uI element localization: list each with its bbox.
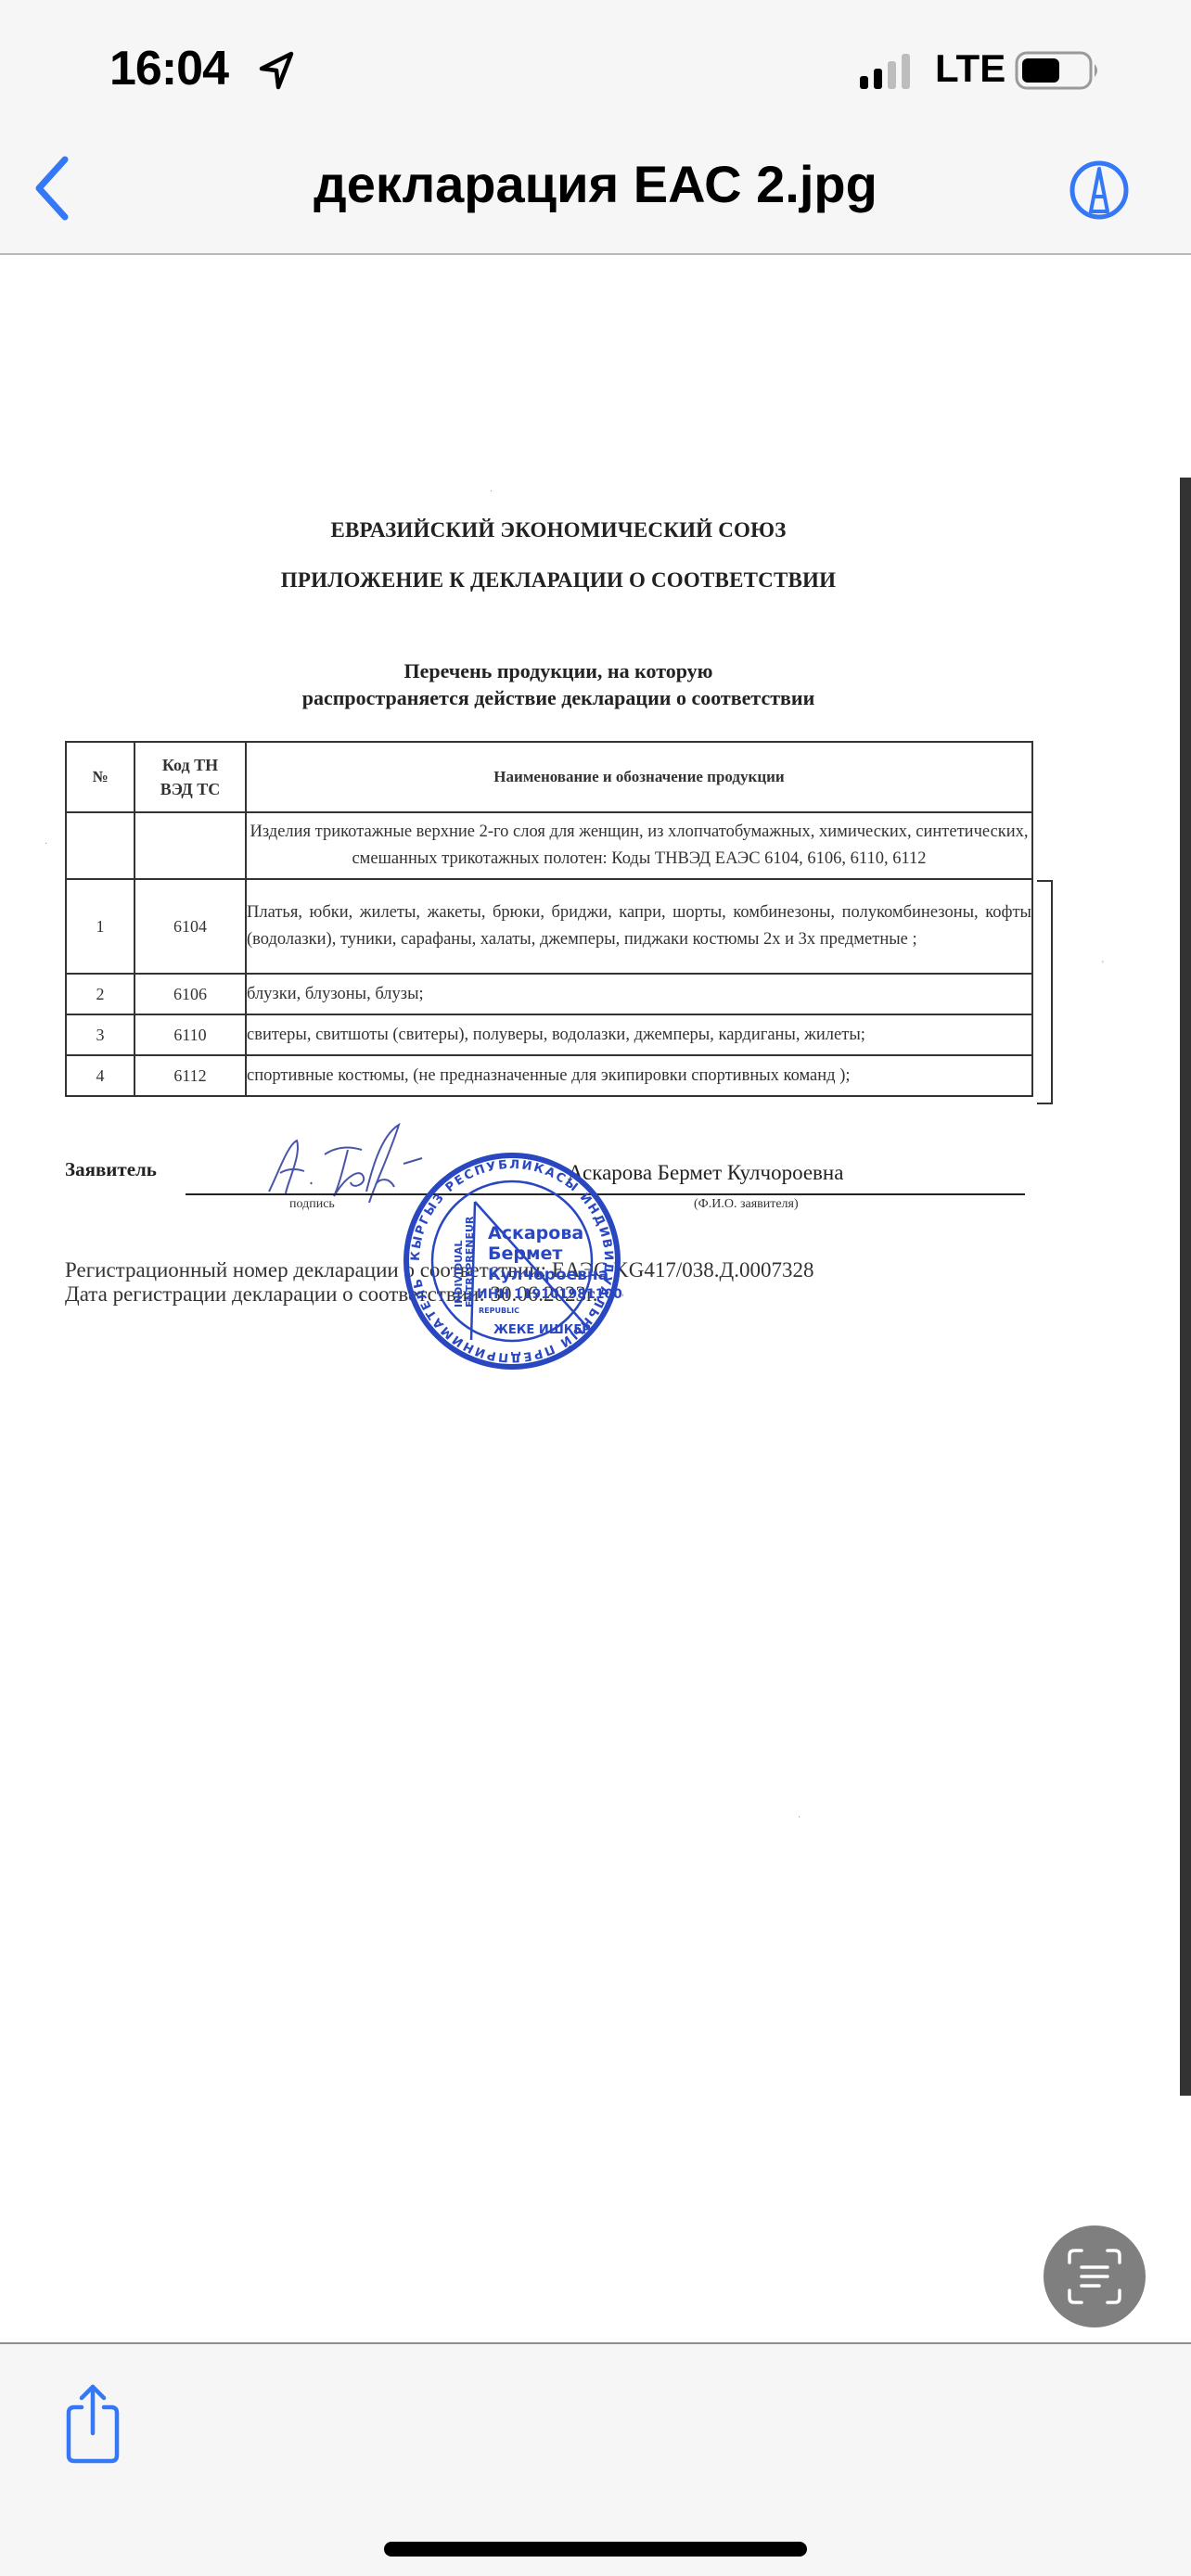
doc-heading-union: ЕВРАЗИЙСКИЙ ЭКОНОМИЧЕСКИЙ СОЮЗ [0, 518, 1117, 542]
image-viewer[interactable]: · · ' · ЕВРАЗИЙСКИЙ ЭКОНОМИЧЕСКИЙ СОЮЗ П… [0, 255, 1191, 2341]
declaration-document: · · ' · ЕВРАЗИЙСКИЙ ЭКОНОМИЧЕСКИЙ СОЮЗ П… [0, 255, 1191, 2341]
company-stamp: КЫРГЫЗ РЕСПУБЛИКАСЫ ИНДИВИДУАЛЬНЫЙ ПРЕДП… [401, 1150, 623, 1372]
row-code: 6110 [134, 1014, 246, 1055]
table-row: 1 6104 Платья, юбки, жилеты, жакеты, брю… [66, 879, 1032, 974]
page-edge-shadow [1180, 478, 1191, 2096]
row-code: 6112 [134, 1055, 246, 1096]
row-num: 4 [66, 1055, 134, 1096]
header-name: Наименование и обозначение продукции [246, 742, 1032, 812]
intro-description: Изделия трикотажные верхние 2-го слоя дл… [246, 812, 1032, 879]
table-row: 3 6110 свитеры, свитшоты (свитеры), полу… [66, 1014, 1032, 1055]
doc-subheading-2: распространяется действие декларации о с… [0, 684, 1117, 711]
stamp-republic: REPUBLIC [479, 1307, 519, 1315]
table-row: 2 6106 блузки, блузоны, блузы; [66, 974, 1032, 1014]
bottom-toolbar [0, 2342, 1191, 2576]
row-num: 2 [66, 974, 134, 1014]
stamp-inn: ИНН 11910198110042 [477, 1287, 623, 1302]
home-indicator [384, 2542, 807, 2557]
table-row: 4 6112 спортивные костюмы, (не предназна… [66, 1055, 1032, 1096]
status-time: 16:04 [109, 41, 228, 96]
stamp-name-3: Кулчороевна [488, 1266, 608, 1284]
markup-button[interactable] [1069, 158, 1130, 223]
share-button[interactable] [59, 2381, 126, 2465]
stamp-name-1: Аскарова [488, 1223, 583, 1243]
table-header-row: № Код ТН ВЭД ТС Наименование и обозначен… [66, 742, 1032, 812]
scan-speck: · [798, 1813, 800, 1823]
intro-num-cell [66, 812, 134, 879]
location-arrow-icon [258, 50, 295, 91]
table-scan-border [1037, 880, 1053, 1104]
network-type: LTE [935, 46, 1005, 91]
doc-subheading-1: Перечень продукции, на которую [0, 657, 1117, 684]
page-title: декларация ЕАС 2.jpg [0, 154, 1191, 214]
row-name: свитеры, свитшоты (свитеры), полуверы, в… [246, 1014, 1032, 1055]
stamp-bottom-text: ЖЕКЕ ИШКЕР [493, 1323, 591, 1337]
header-code-line2: ВЭД ТС [135, 777, 245, 801]
applicant-label: Заявитель [65, 1158, 157, 1181]
intro-code-cell [134, 812, 246, 879]
row-num: 1 [66, 879, 134, 974]
table-intro-row: Изделия трикотажные верхние 2-го слоя дл… [66, 812, 1032, 879]
row-name: Платья, юбки, жилеты, жакеты, брюки, бри… [246, 879, 1032, 974]
scan-speck: · [490, 487, 493, 497]
live-text-scan-icon [1044, 2225, 1146, 2327]
scan-speck: ' [1102, 960, 1104, 970]
header-code-line1: Код ТН [135, 753, 245, 777]
scan-speck: · [45, 839, 47, 849]
header-num: № [66, 742, 134, 812]
top-bar: 16:04 LTE декларация ЕАС 2.jpg [0, 0, 1191, 255]
product-table: № Код ТН ВЭД ТС Наименование и обозначен… [65, 741, 1033, 1097]
signature-caption: подпись [289, 1197, 335, 1212]
stamp-name-2: Бермет [488, 1243, 562, 1264]
stamp-side-text-2: ENTREPRENEUR [464, 1216, 476, 1307]
doc-heading-appendix: ПРИЛОЖЕНИЕ К ДЕКЛАРАЦИИ О СООТВЕТСТВИИ [0, 568, 1117, 593]
row-num: 3 [66, 1014, 134, 1055]
row-name: спортивные костюмы, (не предназначенные … [246, 1055, 1032, 1096]
header-code: Код ТН ВЭД ТС [134, 742, 246, 812]
name-caption: (Ф.И.О. заявителя) [694, 1197, 799, 1212]
cellular-signal-icon [858, 52, 921, 91]
live-text-button[interactable] [1044, 2225, 1146, 2327]
row-name: блузки, блузоны, блузы; [246, 974, 1032, 1014]
battery-icon [1015, 50, 1102, 91]
row-code: 6106 [134, 974, 246, 1014]
row-code: 6104 [134, 879, 246, 974]
